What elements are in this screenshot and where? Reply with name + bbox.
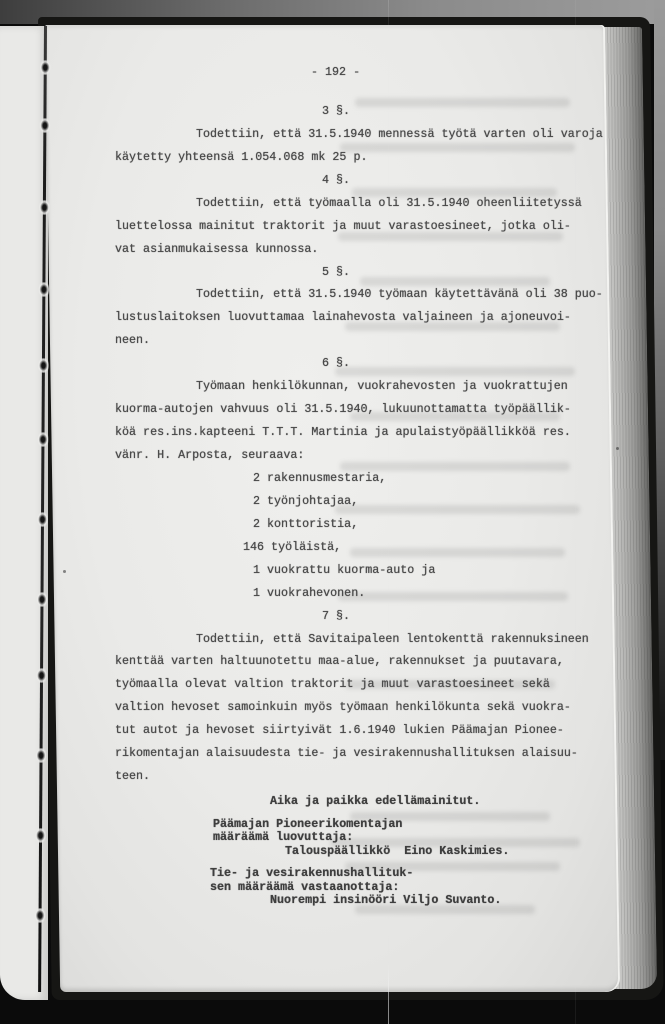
text-line: Päämajan Pioneerikomentajan [115,818,620,831]
paragraph: Todettiin, että työmaalla oli 31.5.1940 … [115,192,620,261]
section-heading: 3 §. [115,100,620,123]
paragraph: Todettiin, että 31.5.1940 mennessä työtä… [115,123,620,169]
section-heading: 5 §. [115,261,620,284]
list-item: 2 työnjohtajaa, [115,490,620,513]
film-scratch-line-faint [575,0,576,1024]
text-line: vat asianmukaisessa kunnossa. [115,238,620,261]
text-line: Todettiin, että 31.5.1940 mennessä työtä… [115,123,620,146]
text-line: köä res.ins.kapteeni T.T.T. Martinia ja … [115,421,620,444]
section-heading: 6 §. [115,352,620,375]
section-3: 3 §. Todettiin, että 31.5.1940 mennessä … [115,100,620,169]
section-6: 6 §. Työmaan henkilökunnan, vuokrahevost… [115,352,620,604]
list-item: 2 konttoristia, [115,513,620,536]
text-line: neen. [115,329,620,352]
text-line: valtion hevoset samoinkuin myös työmaan … [115,696,620,719]
closing-block: Aika ja paikka edellämainitut. Päämajan … [115,790,620,907]
section-7: 7 §. Todettiin, että Savitaipaleen lento… [115,605,620,789]
signer-role: Päämajan Pioneerikomentajanmääräämä luov… [115,818,620,845]
page-number: - 192 - [115,61,620,84]
text-line: Todettiin, että 31.5.1940 työmaan käytet… [115,283,620,306]
text-line: kuorma-autojen vahvuus oli 31.5.1940, lu… [115,398,620,421]
dust-speck [616,447,619,450]
list-item: 1 vuokrattu kuorma-auto ja [115,559,620,582]
section-heading: 7 §. [115,605,620,628]
text-line: Työmaan henkilökunnan, vuokrahevosten ja… [115,375,620,398]
list-item: 1 vuokrahevonen. [115,582,620,605]
personnel-list: 2 rakennusmestaria,2 työnjohtajaa,2 kont… [115,467,620,605]
text-line: Tie- ja vesirakennushallituk- [115,867,620,880]
text-line: Todettiin, että Savitaipaleen lentokentt… [115,628,620,651]
text-line: käytetty yhteensä 1.054.068 mk 25 p. [115,146,620,169]
section-heading: 4 §. [115,169,620,192]
section-4: 4 §. Todettiin, että työmaalla oli 31.5.… [115,169,620,261]
signer-name: Nuorempi insinööri Viljo Suvanto. [115,894,620,907]
text-line: luettelossa mainitut traktorit ja muut v… [115,215,620,238]
list-item: 2 rakennusmestaria, [115,467,620,490]
text-line: Todettiin, että työmaalla oli 31.5.1940 … [115,192,620,215]
text-line: sen määräämä vastaanottaja: [115,881,620,894]
signer-name: Talouspäällikkö Eino Kaskimies. [115,845,620,858]
text-line: kenttää varten haltuunotettu maa-alue, r… [115,650,620,673]
text-line: vänr. H. Arposta, seuraava: [115,444,620,467]
film-scratch-line [388,0,389,1024]
text-line: rikomentajan alaisuudesta tie- ja vesira… [115,742,620,765]
text-line: tut autot ja hevoset siirtyivät 1.6.1940… [115,719,620,742]
text-line: määräämä luovuttaja: [115,831,620,844]
typewritten-text: - 192 - 3 §. Todettiin, että 31.5.1940 m… [115,25,620,985]
paragraph: Työmaan henkilökunnan, vuokrahevosten ja… [115,375,620,467]
paragraph: Todettiin, että Savitaipaleen lentokentt… [115,628,620,789]
text-line: teen. [115,765,620,788]
text-line: lustuslaitoksen luovuttamaa lainahevosta… [115,306,620,329]
signature-block-handover: Päämajan Pioneerikomentajanmääräämä luov… [115,818,620,858]
list-item: 146 työläistä, [115,536,620,559]
scanned-book-photo: - 192 - 3 §. Todettiin, että 31.5.1940 m… [0,0,665,1024]
section-5: 5 §. Todettiin, että 31.5.1940 työmaan k… [115,261,620,353]
date-place-line: Aika ja paikka edellämainitut. [115,790,620,813]
dust-speck [63,570,66,573]
signer-role: Tie- ja vesirakennushallituk-sen määrääm… [115,867,620,894]
paragraph: Todettiin, että 31.5.1940 työmaan käytet… [115,283,620,352]
signature-block-receiver: Tie- ja vesirakennushallituk-sen määrääm… [115,867,620,907]
text-line: työmaalla olevat valtion traktorit ja mu… [115,673,620,696]
